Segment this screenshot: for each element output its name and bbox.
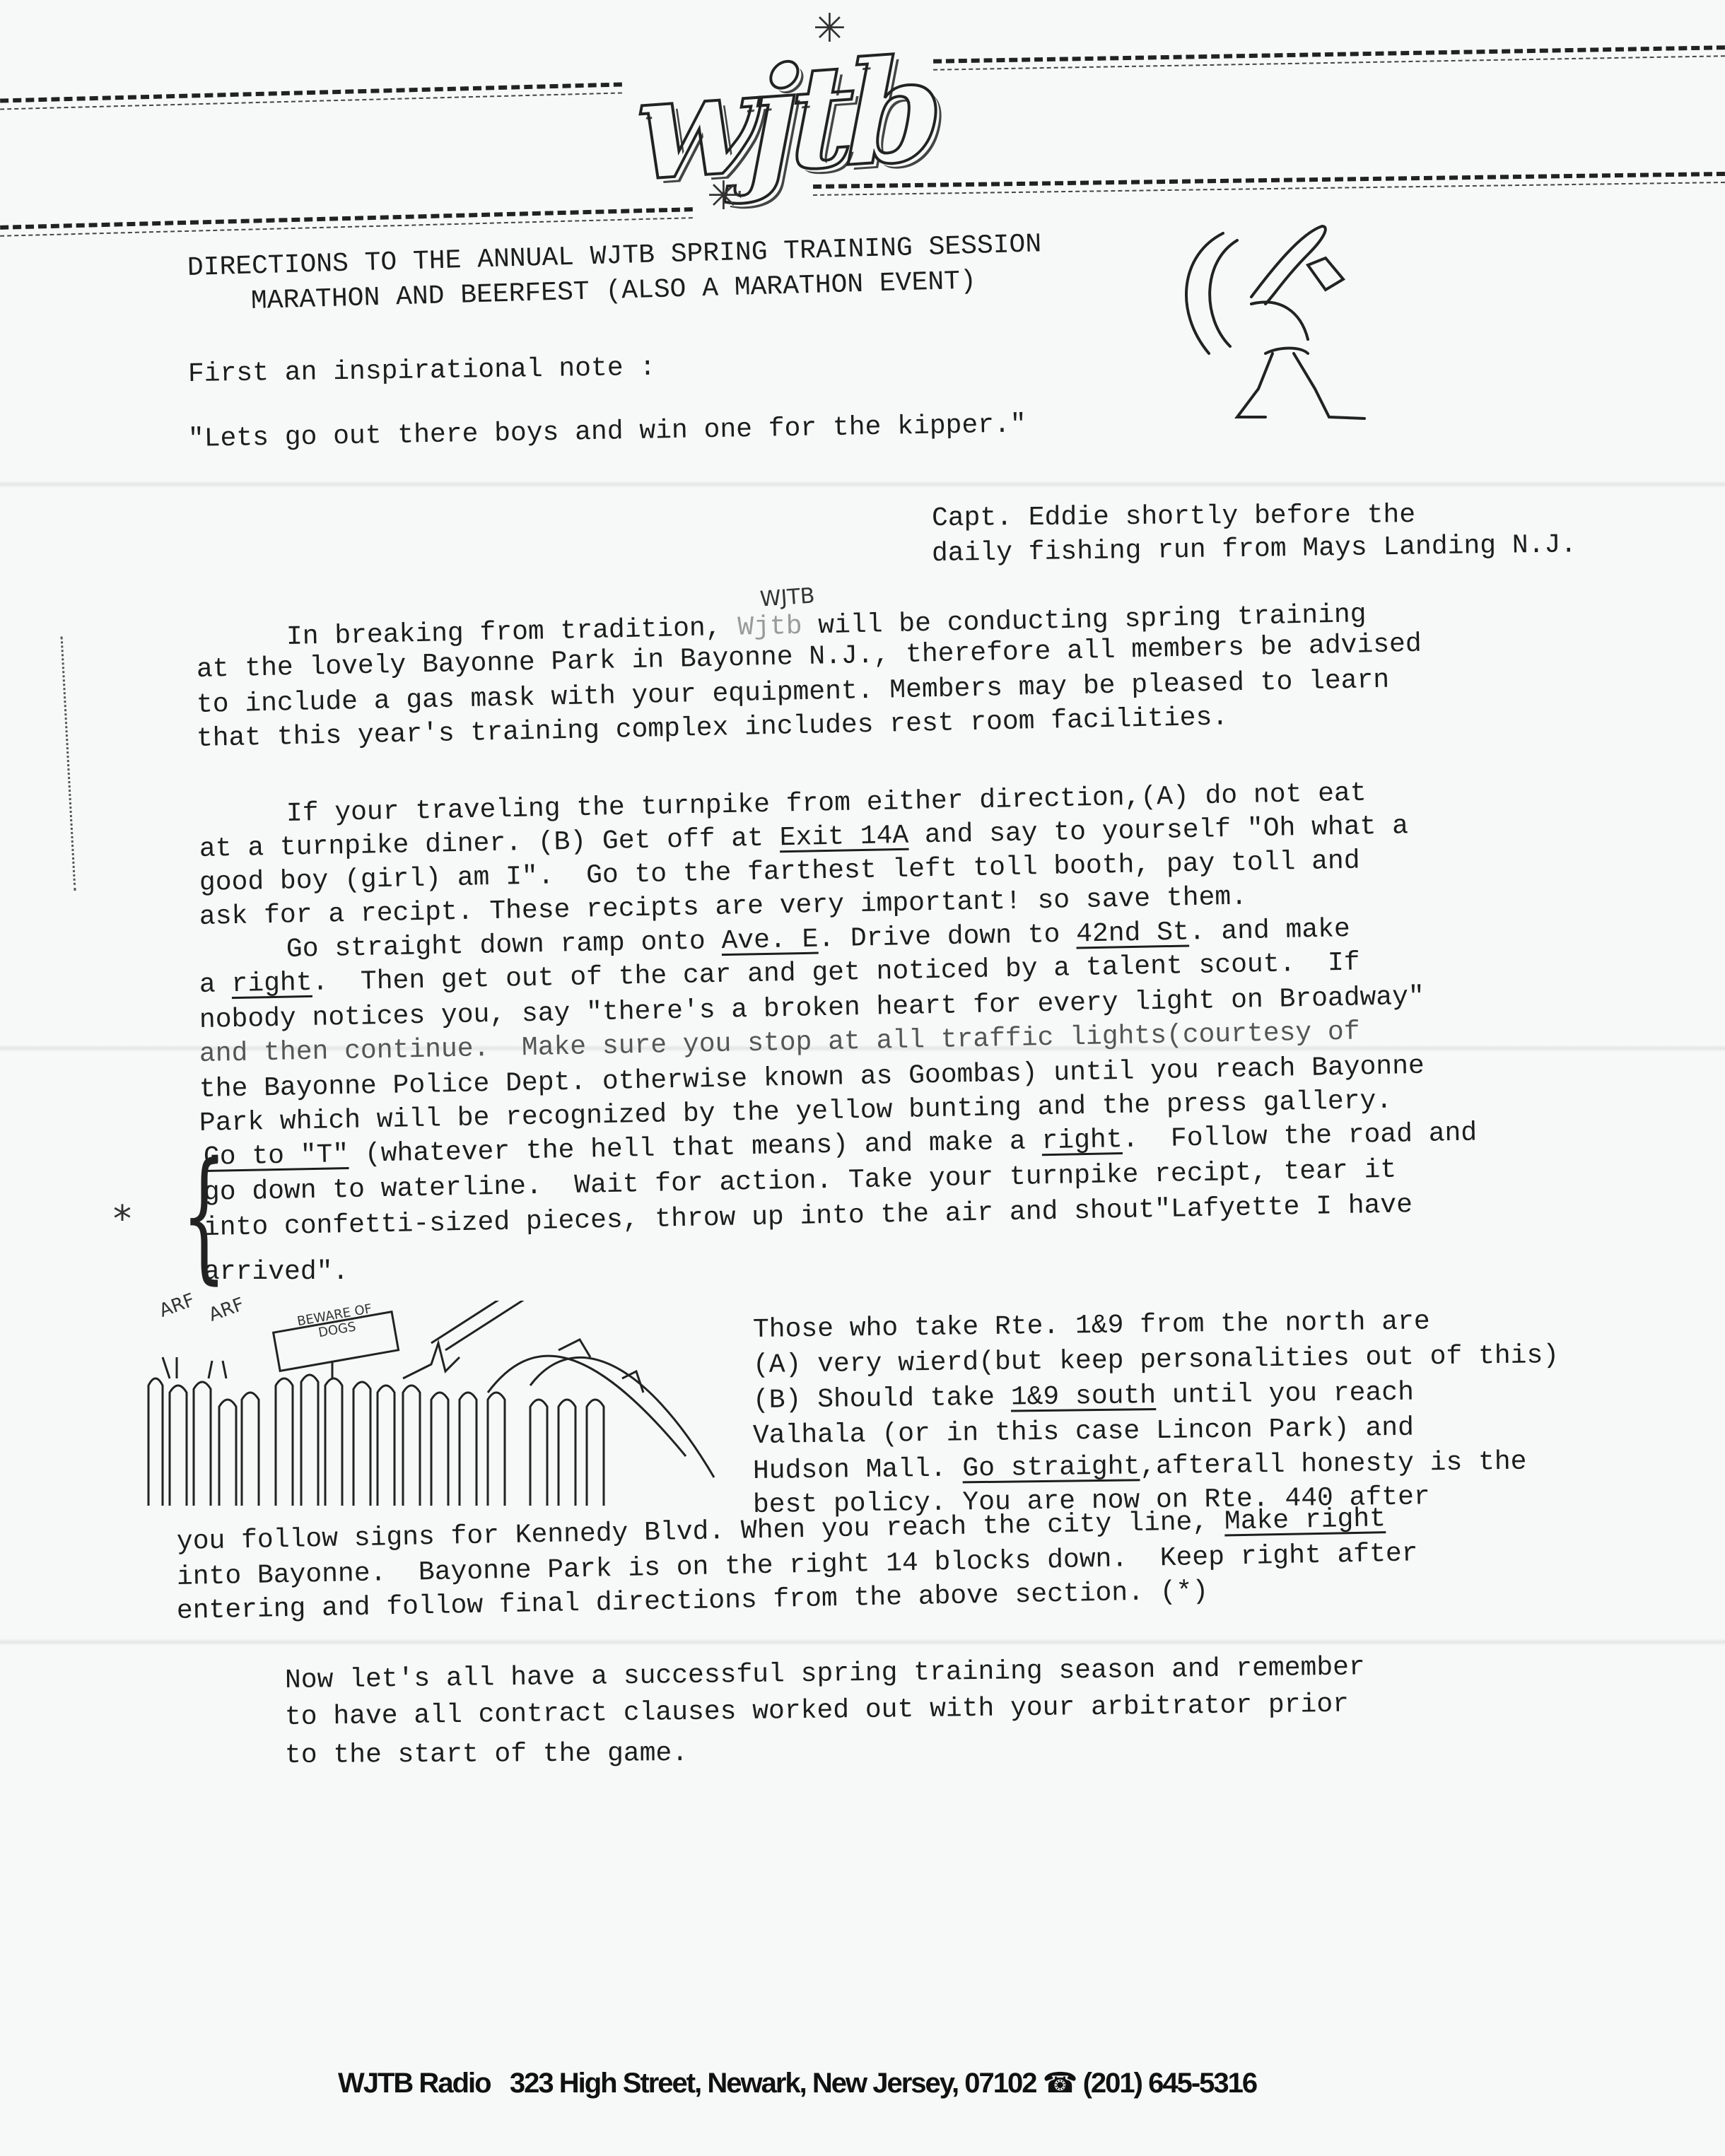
inspirational-quote: "Lets go out there boys and win one for … xyxy=(188,409,1027,455)
text-span: Go straight down ramp onto xyxy=(286,926,722,965)
underlined-street: 42nd St xyxy=(1076,917,1189,949)
asterisk-mark: * xyxy=(113,1198,131,1241)
underlined-make-right: Make right xyxy=(1224,1504,1386,1537)
text-span: a xyxy=(199,969,232,1000)
letterhead-footer: WJTB Radio 323 High Street, Newark, New … xyxy=(338,2067,1256,2099)
paragraph-3-line-3: (B) Should take 1&9 south until you reac… xyxy=(753,1378,1414,1417)
text-span: Hudson Mall. xyxy=(753,1453,963,1487)
paragraph-3-line-2: (A) very wierd(but keep personalities ou… xyxy=(753,1340,1560,1381)
text-span: ,afterall honesty is the xyxy=(1140,1447,1527,1482)
text-span: (B) Should take xyxy=(753,1383,1011,1416)
intro-label: First an inspirational note : xyxy=(188,353,656,390)
margin-mark xyxy=(61,636,78,891)
station-address: 323 High Street, Newark, New Jersey, 071… xyxy=(510,2068,1036,2099)
text-span: until you reach xyxy=(1156,1378,1414,1411)
phone-icon: ☎ xyxy=(1043,2067,1077,2099)
underlined-route: 1&9 south xyxy=(1011,1381,1157,1413)
phone-number: (201) 645-5316 xyxy=(1083,2068,1257,2099)
illustration-caption-line-2: daily fishing run from Mays Landing N.J. xyxy=(932,529,1577,570)
text-span: . Follow the road and xyxy=(1122,1118,1477,1155)
letterhead-rule-top-right xyxy=(933,45,1725,64)
illustration-caption-line-1: Capt. Eddie shortly before the xyxy=(932,500,1415,534)
closing-line-3: to the start of the game. xyxy=(285,1738,688,1771)
paragraph-3-line-1: Those who take Rte. 1&9 from the north a… xyxy=(753,1306,1430,1346)
station-name: WJTB Radio xyxy=(338,2068,491,2099)
letterhead-rule-top-left-thin xyxy=(0,92,622,110)
baseball-player-illustration xyxy=(1166,212,1393,424)
wjtb-logo: wjtb xyxy=(615,20,954,228)
underlined-right: right xyxy=(231,968,312,1000)
struck-text: Wjtb xyxy=(737,611,802,643)
paragraph-3-line-4: Valhala (or in this case Lincon Park) an… xyxy=(753,1413,1414,1452)
underlined-go-straight: Go straight xyxy=(962,1451,1140,1484)
sparkle-icon: ✳ xyxy=(813,6,846,52)
underlined-exit: Exit 14A xyxy=(779,821,908,853)
text-span: and say to yourself "Oh what a xyxy=(908,811,1409,851)
paragraph-3-line-5: Hudson Mall. Go straight,afterall honest… xyxy=(753,1447,1527,1487)
brace-bracket: { xyxy=(182,1145,227,1287)
paper-fold xyxy=(0,481,1725,488)
text-span: . and make xyxy=(1188,914,1350,947)
fence-cartoon-illustration xyxy=(134,1301,735,1506)
underlined-avenue: Ave. E xyxy=(721,925,819,957)
logo-text: wjtb xyxy=(615,20,954,221)
paper-fold xyxy=(0,1639,1725,1646)
handwritten-correction: WJTB xyxy=(759,583,816,611)
closing-line-2: to have all contract clauses worked out … xyxy=(285,1689,1349,1733)
underlined-right: right xyxy=(1041,1125,1123,1156)
sparkle-icon: ✳ xyxy=(707,173,740,219)
closing-line-1: Now let's all have a successful spring t… xyxy=(285,1652,1365,1697)
text-span: . Drive down to xyxy=(818,920,1077,955)
